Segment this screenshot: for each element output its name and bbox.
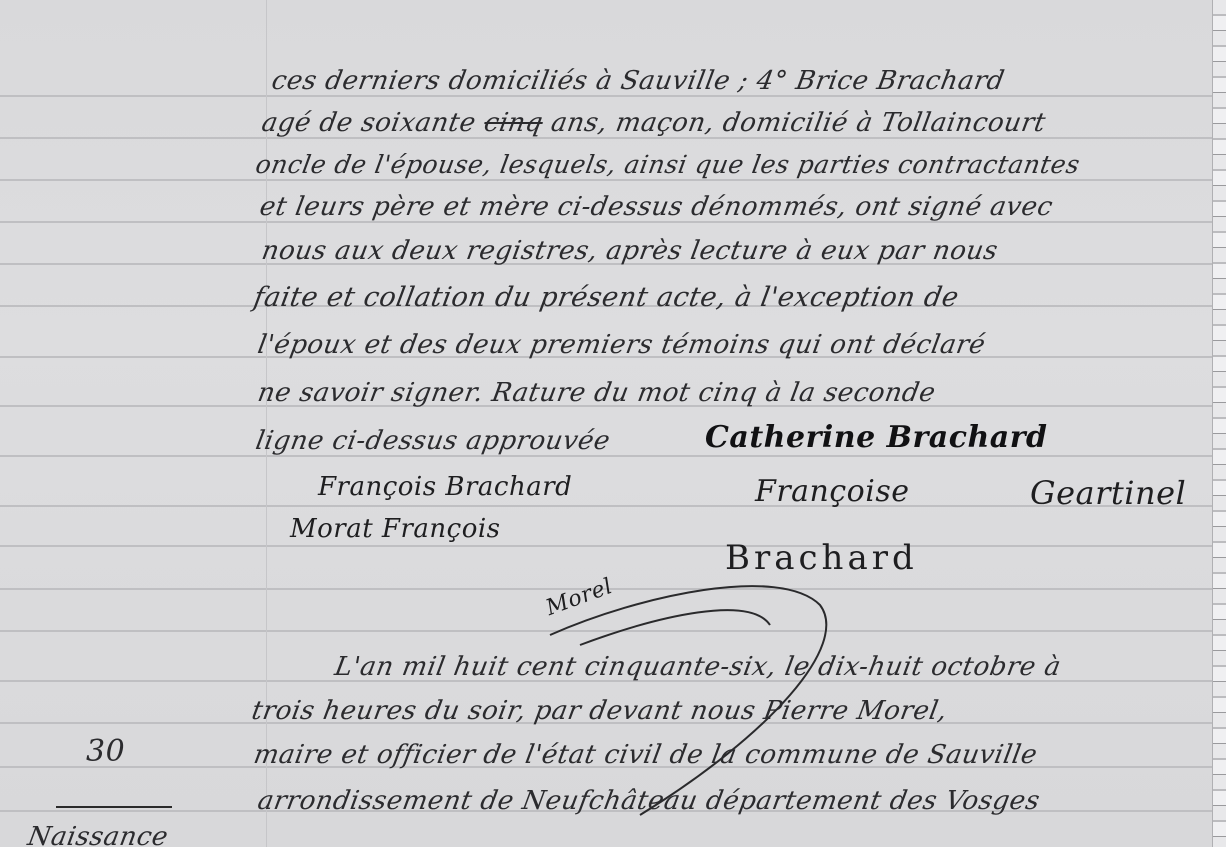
text-line-4: et leurs père et mère ci-dessus dénommés… [257,192,1055,222]
signature-brachard: Brachard [725,538,918,578]
entry-number: 30 [86,734,125,769]
next-entry-line-2: trois heures du soir, par devant nous Pi… [249,696,949,726]
text-line-8: ne savoir signer. Rature du mot cinq à l… [255,378,938,408]
signature-catherine-brachard: Catherine Brachard [705,420,1048,455]
text-line-6: faite et collation du présent acte, à l'… [251,282,961,313]
struck-word: cinq [482,108,546,138]
text-line-2-after: ans, maçon, domicilié à Tollaincourt [540,108,1048,138]
signature-morat-francois: Morat François [290,514,501,544]
next-entry-line-4: arrondissement de Neufchâteau départemen… [255,786,1042,816]
text-line-2: agé de soixante cinq ans, maçon, domicil… [259,108,1048,138]
text-line-2-before: agé de soixante [259,108,487,138]
next-entry-line-1: L'an mil huit cent cinquante-six, le dix… [332,652,1063,682]
margin-rule [56,806,172,808]
page-edge [1212,0,1226,847]
text-line-7: l'époux et des deux premiers témoins qui… [255,330,988,360]
text-line-9: ligne ci-dessus approuvée [253,426,612,456]
signature-geartinel: Geartinel [1030,474,1186,512]
text-line-3: oncle de l'épouse, lesquels, ainsi que l… [253,150,1082,179]
margin-entry-label: Naissance [25,822,170,847]
next-entry-line-3: maire et officier de l'état civil de la … [251,740,1039,770]
text-line-5: nous aux deux registres, après lecture à… [259,236,1000,266]
ruled-line [0,179,1212,181]
signature-francois-brachard: François Brachard [318,472,572,502]
register-page: ces derniers domiciliés à Sauville ; 4° … [0,0,1226,847]
text-line-1: ces derniers domiciliés à Sauville ; 4° … [269,66,1006,96]
ruled-line [0,545,1212,547]
signature-francoise: Françoise [755,474,909,509]
